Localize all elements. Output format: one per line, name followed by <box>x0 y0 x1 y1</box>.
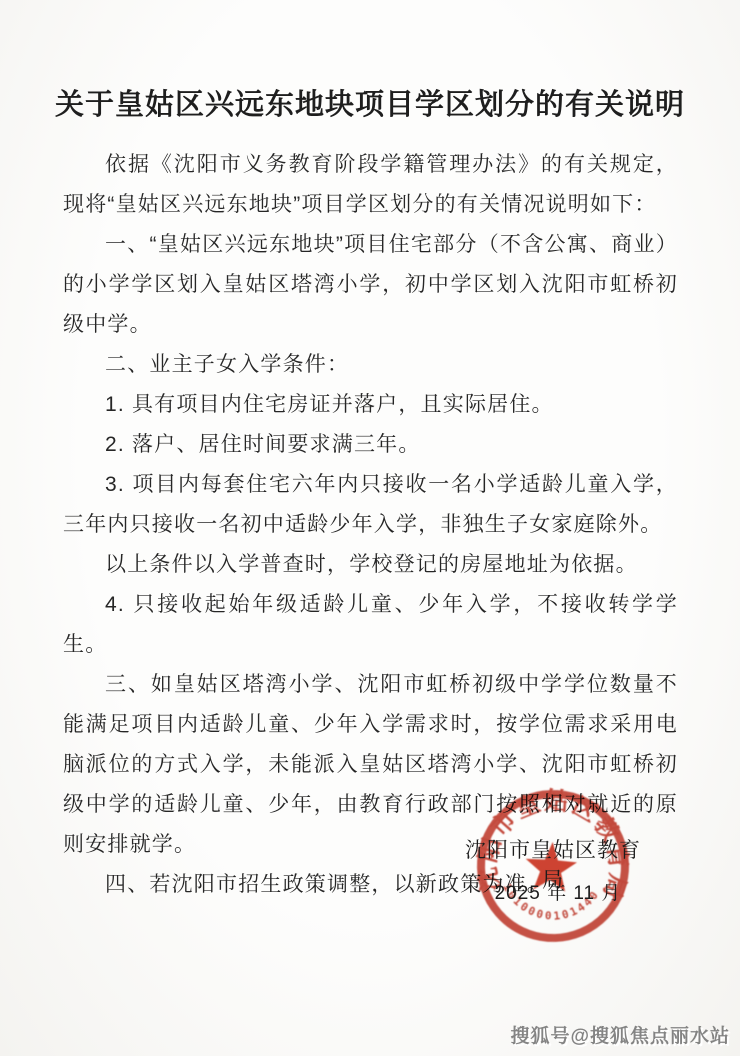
watermark: 搜狐号@搜狐焦点丽水站 <box>510 1021 730 1048</box>
document-page: 关于皇姑区兴远东地块项目学区划分的有关说明 依据《沈阳市义务教育阶段学籍管理办法… <box>0 0 740 1056</box>
paragraph: 2. 落户、居住时间要求满三年。 <box>63 425 678 465</box>
paragraph: 一、“皇姑区兴远东地块”项目住宅部分（不含公寓、商业）的小学学区划入皇姑区塔湾小… <box>63 225 678 345</box>
paragraph: 三、如皇姑区塔湾小学、沈阳市虹桥初级中学学位数量不能满足项目内适龄儿童、少年入学… <box>63 665 678 865</box>
paragraph: 二、业主子女入学条件： <box>63 345 678 385</box>
paragraph: 4. 只接收起始年级适龄儿童、少年入学，不接收转学学生。 <box>63 585 678 665</box>
paragraph: 依据《沈阳市义务教育阶段学籍管理办法》的有关规定，现将“皇姑区兴远东地块”项目学… <box>63 145 678 225</box>
document-body: 依据《沈阳市义务教育阶段学籍管理办法》的有关规定，现将“皇姑区兴远东地块”项目学… <box>63 145 678 905</box>
document-title: 关于皇姑区兴远东地块项目学区划分的有关说明 <box>0 0 740 123</box>
paragraph: 以上条件以入学普查时，学校登记的房屋地址为依据。 <box>63 545 678 585</box>
paragraph: 四、若沈阳市招生政策调整，以新政策为准。 <box>63 865 678 905</box>
paragraph: 1. 具有项目内住宅房证并落户，且实际居住。 <box>63 385 678 425</box>
paragraph: 3. 项目内每套住宅六年内只接收一名小学适龄儿童入学，三年内只接收一名初中适龄少… <box>63 465 678 545</box>
